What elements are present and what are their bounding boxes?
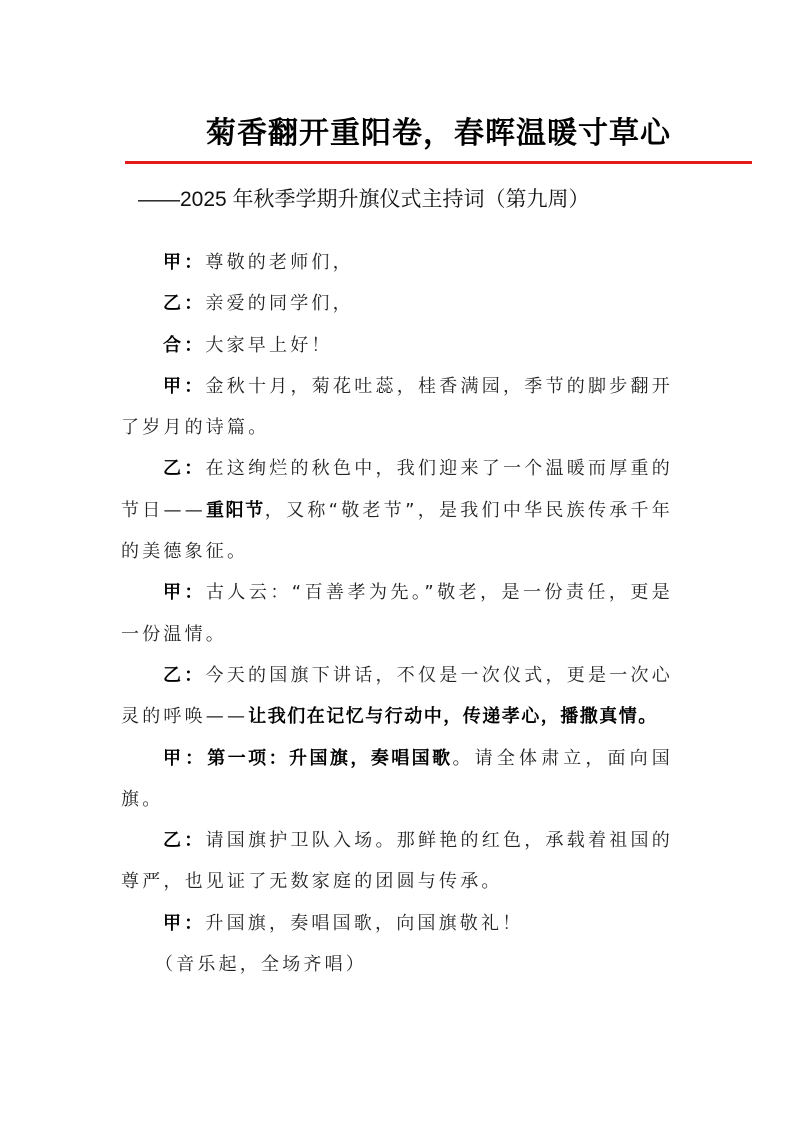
emphasis-text: 让我们在记忆与行动中，传递孝心，播撒真情。 [248, 706, 658, 727]
paragraph-chongyang: 乙：在这绚烂的秋色中，我们迎来了一个温暖而厚重的节日——重阳节，又称“敬老节”，… [121, 448, 673, 572]
stage-direction-text: （音乐起，全场齐唱） [155, 954, 367, 975]
paragraph-text: 升国旗，奏唱国歌，向国旗敬礼！ [205, 913, 523, 934]
paragraph-greeting-teachers: 甲：尊敬的老师们， [121, 242, 673, 283]
speaker-label: 乙： [163, 665, 206, 686]
emphasis-text: 第一项：升国旗，奏唱国歌 [207, 748, 452, 769]
speaker-label: 甲： [163, 913, 205, 934]
speaker-label: 乙： [163, 830, 206, 851]
speaker-label: 甲： [163, 252, 205, 273]
speaker-label: 甲： [163, 748, 207, 769]
paragraph-speech-intro: 乙：今天的国旗下讲话，不仅是一次仪式，更是一次心灵的呼唤——让我们在记忆与行动中… [121, 655, 673, 738]
document-subtitle: ——2025 年秋季学期升旗仪式主持词（第九周） [138, 183, 590, 213]
paragraph-text: 尊敬的老师们， [205, 252, 353, 273]
speaker-label: 乙： [163, 293, 205, 314]
document-title: 菊香翻开重阳卷，春晖温暖寸草心 [125, 108, 752, 152]
speaker-label: 合： [163, 335, 205, 356]
paragraph-filial-piety: 甲：古人云：“百善孝为先。”敬老，是一份责任，更是一份温情。 [121, 572, 673, 655]
paragraph-item-one: 甲：第一项：升国旗，奏唱国歌。请全体肃立，面向国旗。 [121, 738, 673, 821]
paragraph-flag-guard: 乙：请国旗护卫队入场。那鲜艳的红色，承载着祖国的尊严，也见证了无数家庭的团圆与传… [121, 820, 673, 903]
speaker-label: 乙： [163, 458, 206, 479]
emphasis-text: 重阳节 [206, 500, 265, 521]
paragraph-flag-raising: 甲：升国旗，奏唱国歌，向国旗敬礼！ [121, 903, 673, 944]
title-divider-rule [125, 161, 752, 164]
paragraph-greeting-students: 乙：亲爱的同学们， [121, 283, 673, 324]
stage-direction: （音乐起，全场齐唱） [121, 944, 673, 985]
paragraph-text: 大家早上好！ [205, 335, 332, 356]
speaker-label: 甲： [163, 582, 206, 603]
speaker-label: 甲： [163, 376, 206, 397]
paragraph-autumn: 甲：金秋十月，菊花吐蕊，桂香满园，季节的脚步翻开了岁月的诗篇。 [121, 366, 673, 449]
paragraph-text: 亲爱的同学们， [205, 293, 353, 314]
paragraph-greeting-all: 合：大家早上好！ [121, 325, 673, 366]
script-body: 甲：尊敬的老师们， 乙：亲爱的同学们， 合：大家早上好！ 甲：金秋十月，菊花吐蕊… [121, 242, 673, 985]
